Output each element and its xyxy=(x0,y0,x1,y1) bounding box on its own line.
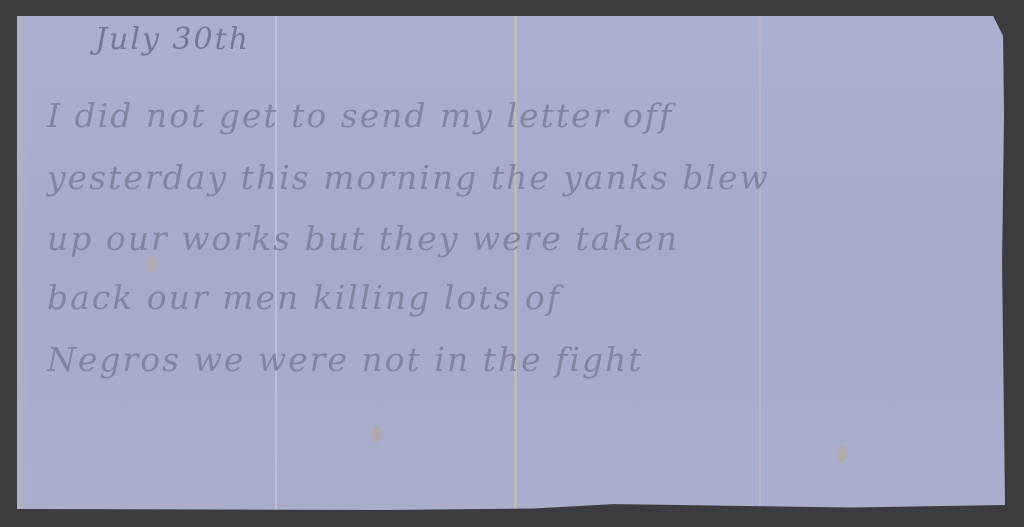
fold-line xyxy=(759,16,761,510)
letter-page: July 30th I did not get to send my lette… xyxy=(17,16,1011,510)
text-line-4: back our men killing lots of xyxy=(47,278,561,317)
paper-stain xyxy=(837,446,847,462)
date-line: July 30th xyxy=(95,22,250,57)
paper-stain xyxy=(372,426,382,442)
text-line-1: I did not get to send my letter off xyxy=(47,96,673,135)
text-line-5: Negros we were not in the fight xyxy=(47,340,644,379)
paper-stain xyxy=(147,256,157,272)
text-line-2: yesterday this morning the yanks blew xyxy=(47,158,770,197)
fold-line xyxy=(275,16,277,510)
text-line-3: up our works but they were taken xyxy=(47,219,679,258)
fold-line xyxy=(514,16,517,510)
